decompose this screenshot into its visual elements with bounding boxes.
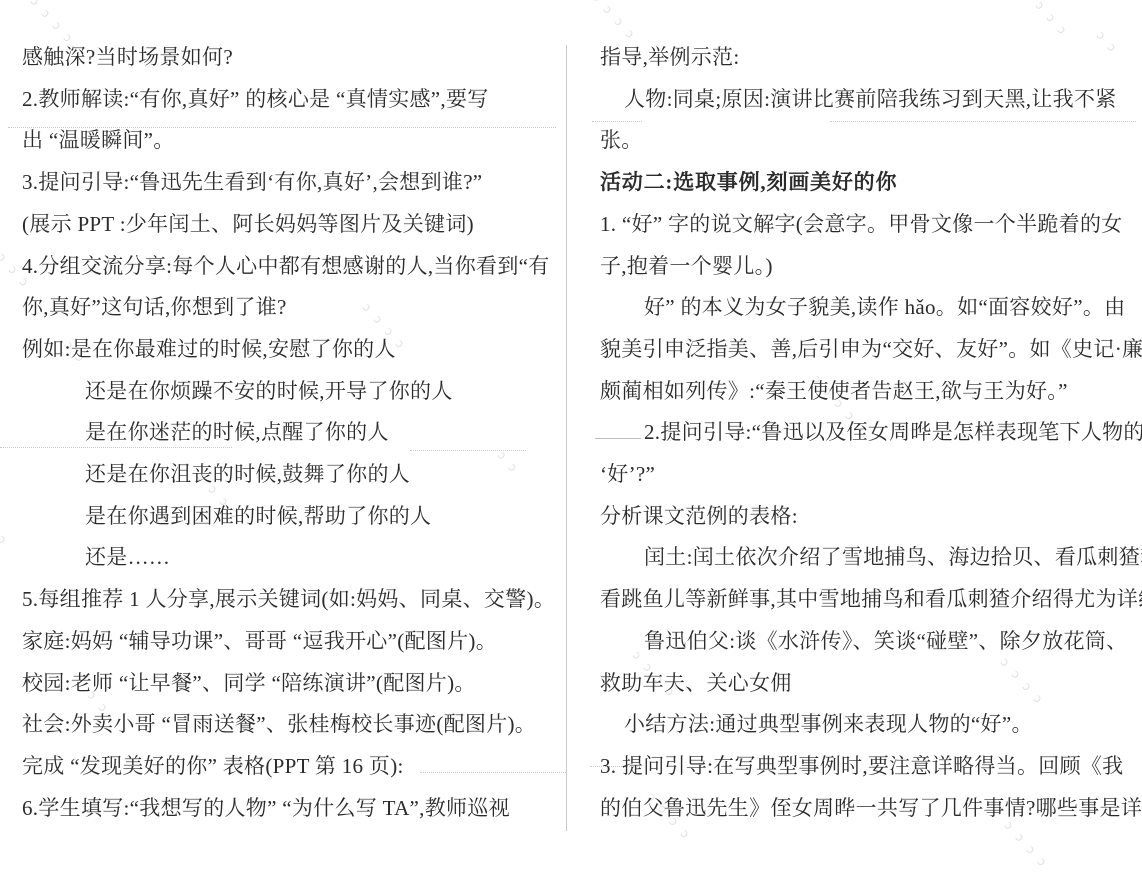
- text-line: 你,真好”这句话,你想到了谁?: [22, 287, 552, 329]
- watermark-curl-icon: [1022, 0, 1072, 39]
- text-line: 3.提问引导:“鲁迅先生看到‘有你,真好’,会想到谁?”: [22, 162, 552, 204]
- text-line: 校园:老师 “让早餐”、同学 “陪练演讲”(配图片)。: [22, 663, 552, 705]
- text-line: 张。: [600, 120, 1128, 162]
- text-line: 感触深?当时场景如何?: [22, 37, 552, 79]
- text-line: 看跳鱼儿等新鲜事,其中雪地捕鸟和看瓜刺猹介绍得尤为详细: [600, 579, 1128, 621]
- text-line: 2.教师解读:“有你,真好” 的核心是 “真情实感”,要写: [22, 79, 552, 121]
- text-line: 6.学生填写:“我想写的人物” “为什么写 TA”,教师巡视: [22, 788, 552, 830]
- text-line: 指导,举例示范:: [600, 37, 1128, 79]
- text-line: 闰土:闰土依次介绍了雪地捕鸟、海边拾贝、看瓜刺猹和: [600, 537, 1128, 579]
- text-line: ‘好’?”: [600, 454, 1128, 496]
- text-line: 还是……: [22, 537, 552, 579]
- text-line: 1. “好” 字的说文解字(会意字。甲骨文像一个半跪着的女: [600, 204, 1128, 246]
- right-page: 指导,举例示范: 人物:同桌;原因:演讲比赛前陪我练习到天黑,让我不紧 张。 活…: [600, 37, 1128, 829]
- section-heading: 活动二:选取事例,刻画美好的你: [600, 162, 1128, 204]
- left-page: 感触深?当时场景如何? 2.教师解读:“有你,真好” 的核心是 “真情实感”,要…: [22, 37, 552, 829]
- text-line: 貌美引申泛指美、善,后引申为“交好、友好”。如《史记·廉: [600, 329, 1128, 371]
- text-line: 小结方法:通过典型事例来表现人物的“好”。: [600, 704, 1128, 746]
- text-line: 分析课文范例的表格:: [600, 496, 1128, 538]
- text-line: 完成 “发现美好的你” 表格(PPT 第 16 页):: [22, 746, 552, 788]
- text-line: 3. 提问引导:在写典型事例时,要注意详略得当。回顾《我: [600, 746, 1128, 788]
- text-line: 救助车夫、关心女佣: [600, 663, 1128, 705]
- page-divider: [566, 45, 567, 831]
- document-viewer: 感触深?当时场景如何? 2.教师解读:“有你,真好” 的核心是 “真情实感”,要…: [0, 0, 1142, 878]
- text-line: 人物:同桌;原因:演讲比赛前陪我练习到天黑,让我不紧: [600, 79, 1128, 121]
- text-line: 鲁迅伯父:谈《水浒传》、笑谈“碰壁”、除夕放花筒、: [600, 621, 1128, 663]
- watermark-curl-icon: [0, 520, 11, 549]
- text-line: 家庭:妈妈 “辅导功课”、哥哥 “逗我开心”(配图片)。: [22, 621, 552, 663]
- text-line: 的伯父鲁迅先生》侄女周晔一共写了几件事情?哪些事是详写,: [600, 788, 1128, 830]
- text-line: 好” 的本义为女子貌美,读作 hǎo。如“面容姣好”。由: [600, 287, 1128, 329]
- text-line: 例如:是在你最难过的时候,安慰了你的人: [22, 329, 552, 371]
- text-line: 还是在你沮丧的时候,鼓舞了你的人: [22, 454, 552, 496]
- text-line: 是在你遇到困难的时候,帮助了你的人: [22, 496, 552, 538]
- text-line: 5.每组推荐 1 人分享,展示关键词(如:妈妈、同桌、交警)。: [22, 579, 552, 621]
- text-line: 子,抱着一个婴儿。): [600, 246, 1128, 288]
- text-line: 还是在你烦躁不安的时候,开导了你的人: [22, 371, 552, 413]
- text-line: 颇蔺相如列传》:“秦王使使者告赵王,欲与王为好。”: [600, 371, 1128, 413]
- text-line: 是在你迷茫的时候,点醒了你的人: [22, 412, 552, 454]
- text-line: 2.提问引导:“鲁迅以及侄女周晔是怎样表现笔下人物的: [600, 412, 1128, 454]
- text-line: 出 “温暖瞬间”。: [22, 120, 552, 162]
- text-line: 4.分组交流分享:每个人心中都有想感谢的人,当你看到“有: [22, 246, 552, 288]
- text-line: 社会:外卖小哥 “冒雨送餐”、张桂梅校长事迹(配图片)。: [22, 704, 552, 746]
- text-line: (展示 PPT :少年闰土、阿长妈妈等图片及关键词): [22, 204, 552, 246]
